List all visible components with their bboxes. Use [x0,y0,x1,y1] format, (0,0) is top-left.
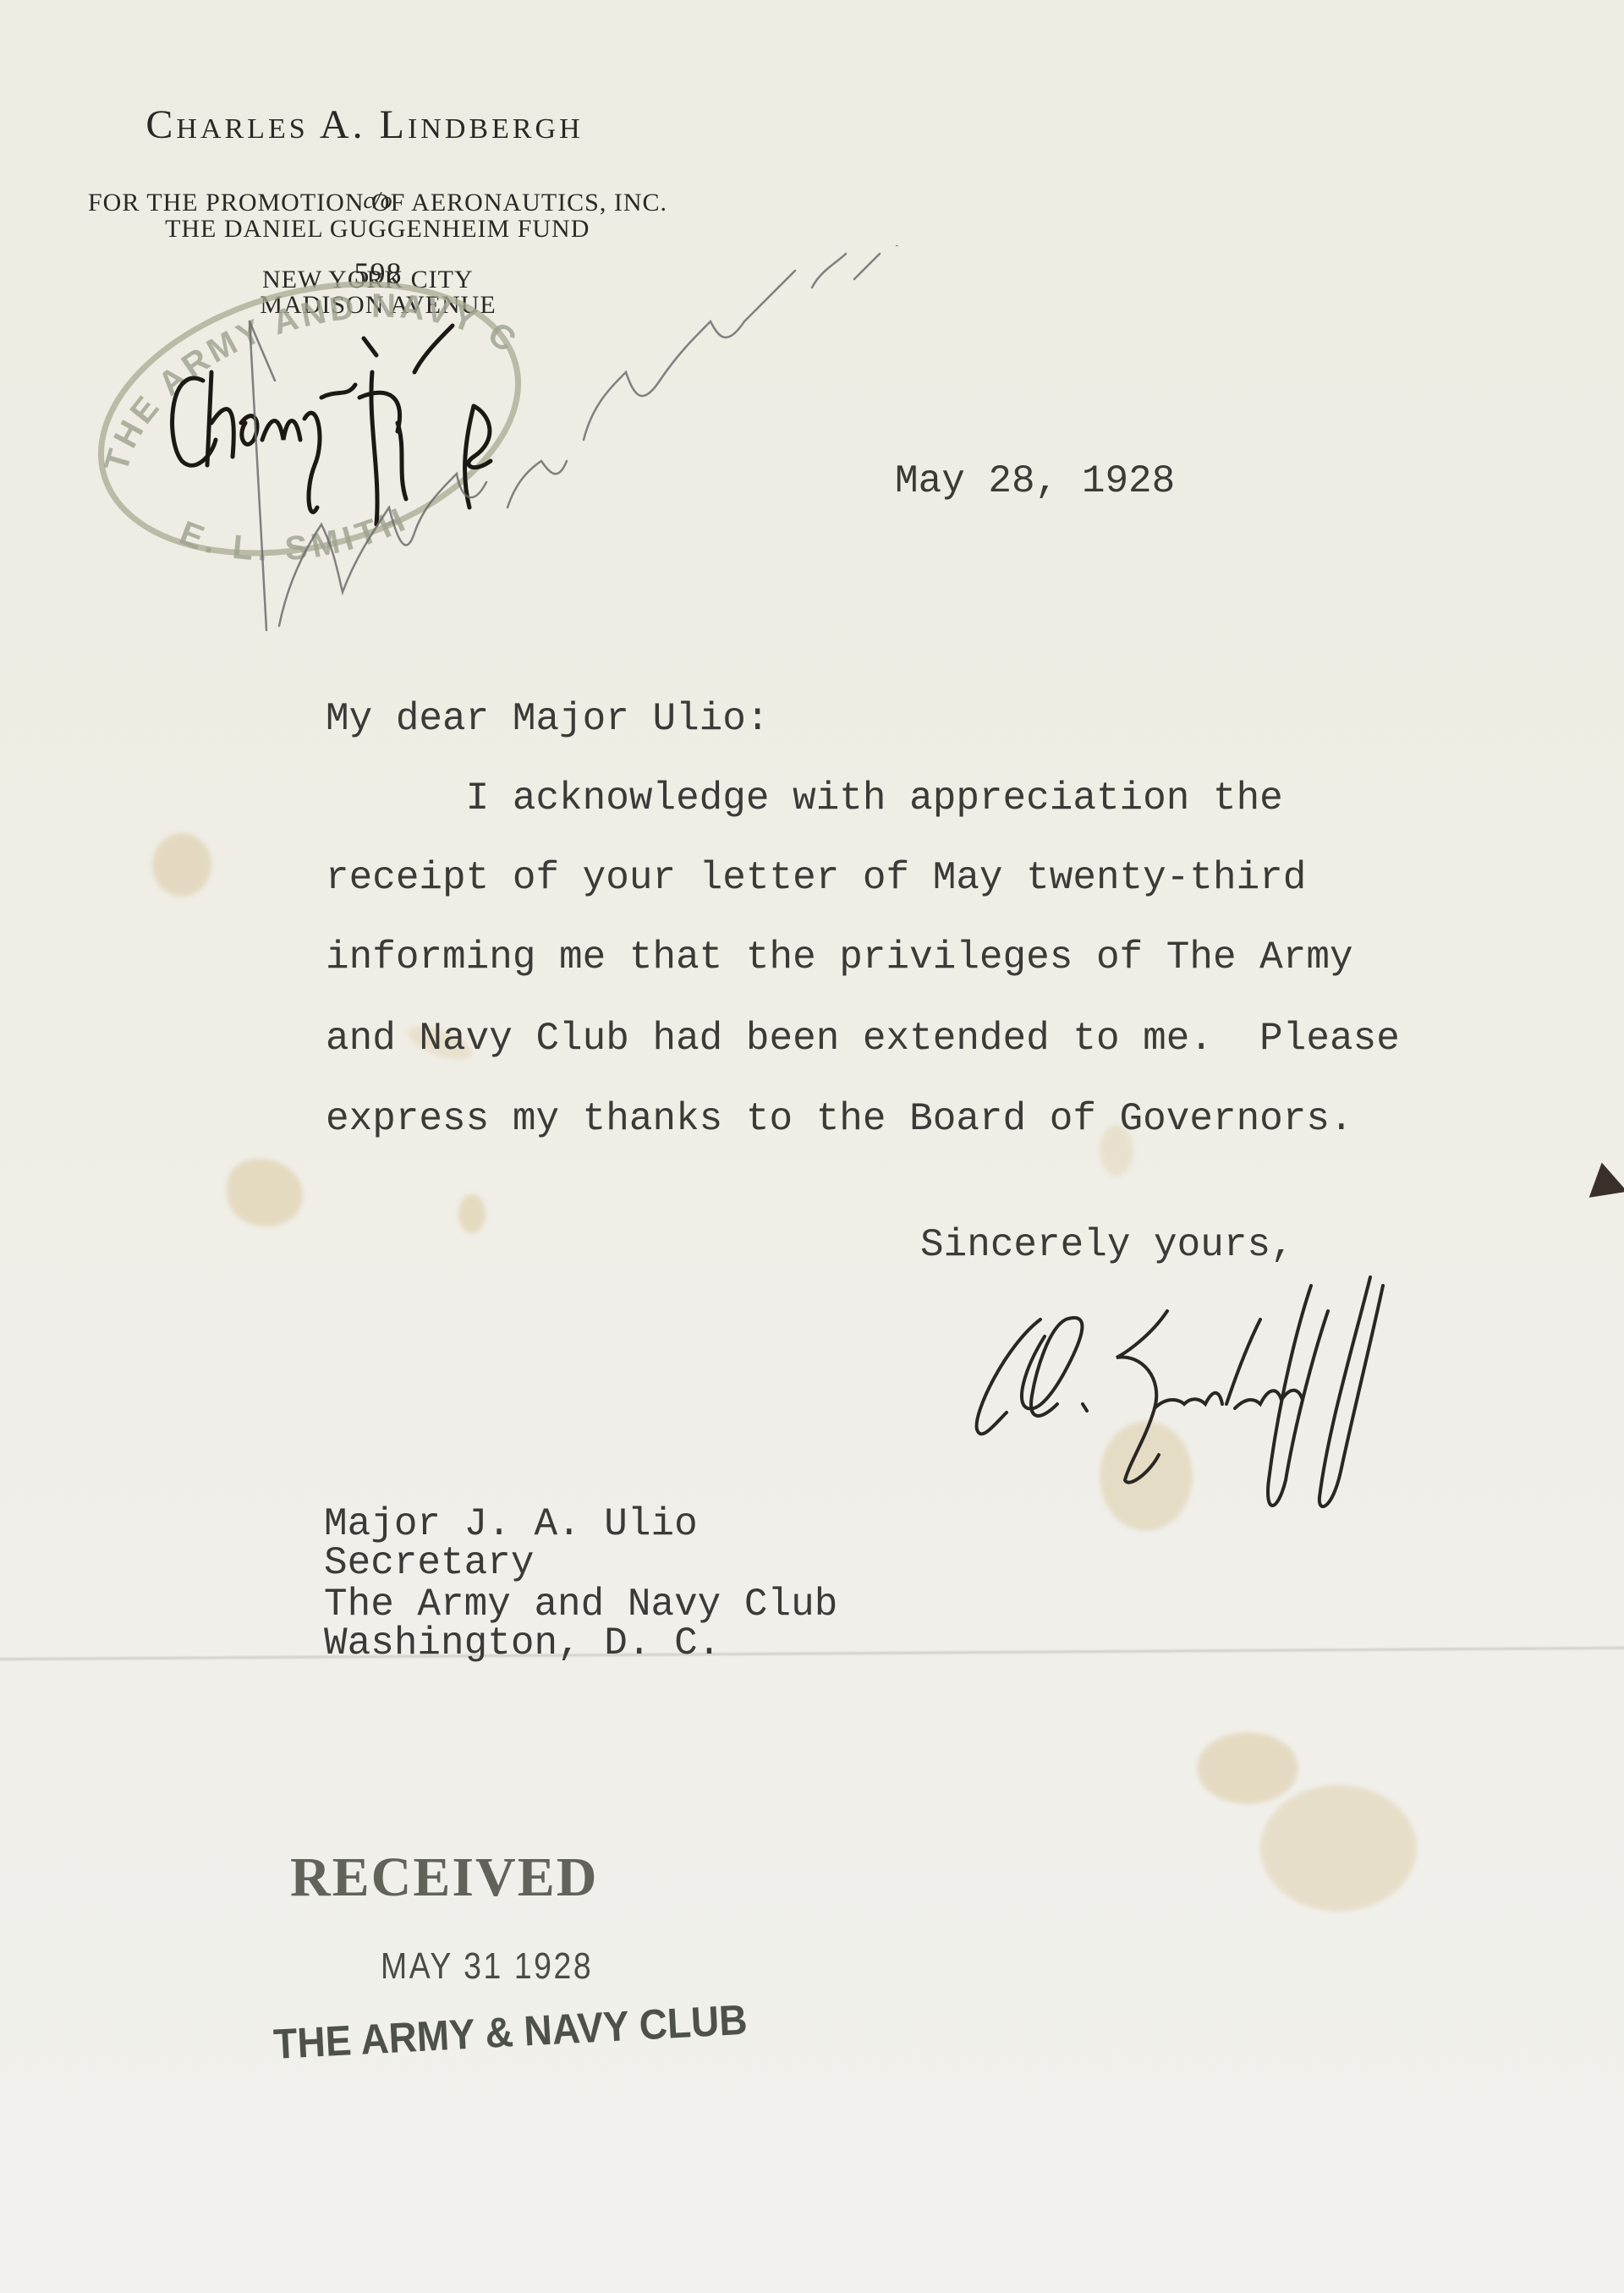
letterhead-name: Charles A. Lindbergh [127,101,602,148]
received-stamp-label: RECEIVED [290,1846,598,1910]
recipient-city: Washington, D. C. [324,1624,721,1663]
stain [458,1194,486,1233]
recipient-title: Secretary [324,1544,534,1583]
fold-line [0,1645,1624,1661]
letter-page: Charles A. Lindbergh c/o THE DANIEL GUGG… [0,0,1624,2293]
edge-mark [1589,1162,1624,1209]
oval-stamp-top-text: THE ARMY AND NAVY CLUB [51,245,525,475]
letter-date: May 28, 1928 [895,462,1175,501]
oval-club-stamp: THE ARMY AND NAVY CLUB E. L. SMITH [51,245,998,668]
body-line-1: I acknowledge with appreciation the [326,779,1283,818]
closing: Sincerely yours, [920,1226,1294,1264]
stain [1260,1785,1417,1912]
signature: C. A. Lindbergh [956,1260,1548,1539]
stain [227,1159,303,1226]
stain [1197,1732,1298,1804]
received-stamp-date: MAY 31 1928 [381,1945,593,1988]
body-line-3: informing me that the privileges of The … [326,938,1353,977]
recipient-name: Major J. A. Ulio [324,1505,698,1544]
body-line-2: receipt of your letter of May twenty-thi… [326,859,1306,897]
letterhead-line-3: FOR THE PROMOTION OF AERONAUTICS, INC. [88,189,639,217]
body-line-5: express my thanks to the Board of Govern… [326,1100,1353,1138]
salutation: My dear Major Ulio: [326,699,770,738]
stain [152,833,211,897]
body-line-4: and Navy Club had been extended to me. P… [326,1019,1400,1058]
received-stamp-club: THE ARMY & NAVY CLUB [272,1995,749,2069]
svg-text:THE ARMY AND NAVY CLUB: THE ARMY AND NAVY CLUB [51,245,525,475]
recipient-organization: The Army and Navy Club [324,1585,837,1624]
